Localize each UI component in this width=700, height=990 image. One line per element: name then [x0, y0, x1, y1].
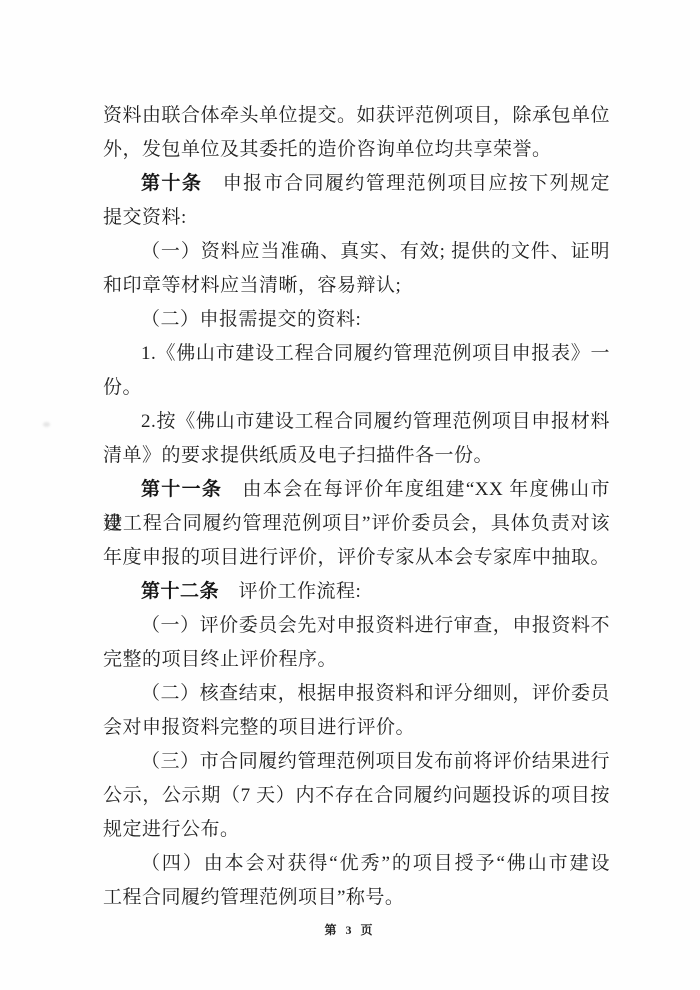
line-text: 会对申报资料完整的项目进行评价。: [103, 717, 415, 738]
text-line: 1.《佛山市建设工程合同履约管理范例项目申报表》一: [103, 337, 610, 371]
line-text: 2.按《佛山市建设工程合同履约管理范例项目申报材料: [141, 411, 610, 432]
line-text: （二）申报需提交的资料:: [141, 309, 361, 330]
line-text: （四）由本会对获得“优秀”的项目授予“佛山市建设: [141, 853, 610, 874]
text-line: （二）申报需提交的资料:: [103, 303, 610, 337]
article-line: 第十一条 由本会在每评价年度组建“XX 年度佛山市建: [103, 473, 610, 507]
line-text: 年度申报的项目进行评价，评价专家从本会专家库中抽取。: [103, 547, 610, 568]
text-line: 资料由联合体牵头单位提交。如获评范例项目，除承包单位: [103, 99, 610, 133]
line-text: 完整的项目终止评价程序。: [103, 649, 337, 670]
text-line: （三）市合同履约管理范例项目发布前将评价结果进行: [103, 745, 610, 779]
text-line: 完整的项目终止评价程序。: [103, 643, 610, 677]
text-line: 提交资料:: [103, 201, 610, 235]
page-number: 第 3 页: [0, 921, 700, 938]
scan-artifact: [43, 422, 50, 427]
line-text: （一）评价委员会先对申报资料进行审查，申报资料不: [141, 615, 610, 636]
line-text: 设工程合同履约管理范例项目”评价委员会，具体负责对该: [103, 513, 610, 534]
line-text: 申报市合同履约管理范例项目应按下列规定: [202, 173, 610, 194]
line-text: 外，发包单位及其委托的造价咨询单位均共享荣誉。: [103, 139, 552, 160]
line-text: 资料由联合体牵头单位提交。如获评范例项目，除承包单位: [103, 105, 610, 126]
article-number: 第十二条: [141, 581, 219, 602]
line-text: （三）市合同履约管理范例项目发布前将评价结果进行: [141, 751, 610, 772]
text-line: （一）资料应当准确、真实、有效; 提供的文件、证明: [103, 235, 610, 269]
line-text: （二）核查结束，根据申报资料和评分细则，评价委员: [141, 683, 610, 704]
line-text: 公示，公示期（7 天）内不存在合同履约问题投诉的项目按: [103, 785, 610, 806]
article-line: 第十条 申报市合同履约管理范例项目应按下列规定: [103, 167, 610, 201]
line-text: 规定进行公布。: [103, 819, 240, 840]
document-body: 资料由联合体牵头单位提交。如获评范例项目，除承包单位外，发包单位及其委托的造价咨…: [103, 99, 610, 915]
line-text: 评价工作流程:: [219, 581, 361, 602]
text-line: 设工程合同履约管理范例项目”评价委员会，具体负责对该: [103, 507, 610, 541]
document-page: 资料由联合体牵头单位提交。如获评范例项目，除承包单位外，发包单位及其委托的造价咨…: [0, 0, 700, 990]
text-line: 份。: [103, 371, 610, 405]
text-line: 会对申报资料完整的项目进行评价。: [103, 711, 610, 745]
text-line: 工程合同履约管理范例项目”称号。: [103, 881, 610, 915]
line-text: 1.《佛山市建设工程合同履约管理范例项目申报表》一: [141, 343, 610, 364]
text-line: 外，发包单位及其委托的造价咨询单位均共享荣誉。: [103, 133, 610, 167]
article-number: 第十条: [141, 173, 202, 194]
text-line: 公示，公示期（7 天）内不存在合同履约问题投诉的项目按: [103, 779, 610, 813]
text-line: （二）核查结束，根据申报资料和评分细则，评价委员: [103, 677, 610, 711]
line-text: 工程合同履约管理范例项目”称号。: [103, 887, 404, 908]
line-text: （一）资料应当准确、真实、有效; 提供的文件、证明: [141, 241, 610, 262]
text-line: 年度申报的项目进行评价，评价专家从本会专家库中抽取。: [103, 541, 610, 575]
article-line: 第十二条 评价工作流程:: [103, 575, 610, 609]
line-text: 份。: [103, 377, 142, 398]
line-text: 提交资料:: [103, 207, 187, 228]
text-line: 和印章等材料应当清晰，容易辩认;: [103, 269, 610, 303]
text-line: 2.按《佛山市建设工程合同履约管理范例项目申报材料: [103, 405, 610, 439]
line-text: 清单》的要求提供纸质及电子扫描件各一份。: [103, 445, 493, 466]
text-line: （四）由本会对获得“优秀”的项目授予“佛山市建设: [103, 847, 610, 881]
text-line: 清单》的要求提供纸质及电子扫描件各一份。: [103, 439, 610, 473]
line-text: 和印章等材料应当清晰，容易辩认;: [103, 275, 401, 296]
text-line: 规定进行公布。: [103, 813, 610, 847]
article-number: 第十一条: [141, 479, 222, 500]
text-line: （一）评价委员会先对申报资料进行审查，申报资料不: [103, 609, 610, 643]
